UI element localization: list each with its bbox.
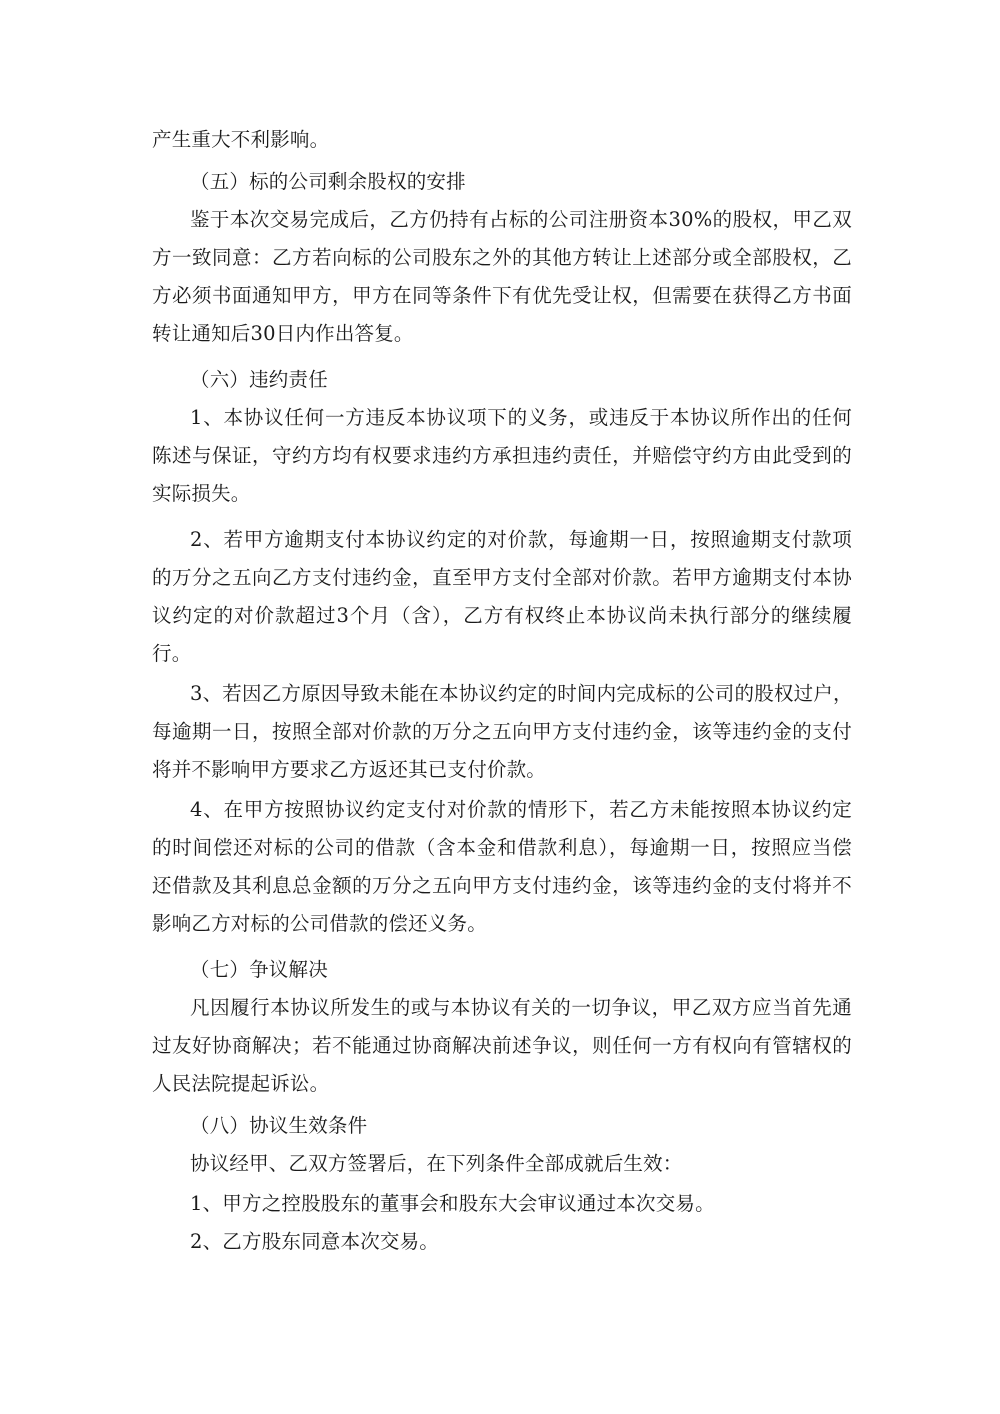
- text-line: 凡因履行本协议所发生的或与本协议有关的一切争议，甲乙双方应当首先通: [190, 996, 852, 1020]
- text-line: 实际损失。: [152, 482, 251, 506]
- text-line: 行。: [152, 642, 191, 666]
- text-line: （五）标的公司剩余股权的安排: [190, 170, 466, 194]
- text-line: 4、在甲方按照协议约定支付对价款的情形下，若乙方未能按照本协议约定: [190, 798, 852, 822]
- text-line: 的万分之五向乙方支付违约金，直至甲方支付全部对价款。若甲方逾期支付本协: [152, 566, 852, 590]
- text-line: （七）争议解决: [190, 958, 328, 982]
- text-line: 1、甲方之控股股东的董事会和股东大会审议通过本次交易。: [190, 1192, 715, 1216]
- text-line: 将并不影响甲方要求乙方返还其已支付价款。: [152, 758, 546, 782]
- text-line: 产生重大不利影响。: [152, 128, 329, 152]
- text-line: 转让通知后30日内作出答复。: [152, 322, 414, 346]
- text-line: 人民法院提起诉讼。: [152, 1072, 329, 1096]
- text-line: 2、若甲方逾期支付本协议约定的对价款，每逾期一日，按照逾期支付款项: [190, 528, 852, 552]
- text-line: 鉴于本次交易完成后，乙方仍持有占标的公司注册资本30%的股权，甲乙双: [190, 208, 852, 232]
- text-line: 3、若因乙方原因导致未能在本协议约定的时间内完成标的公司的股权过户，: [190, 682, 852, 706]
- text-line: 过友好协商解决；若不能通过协商解决前述争议，则任何一方有权向有管辖权的: [152, 1034, 852, 1058]
- text-line: 的时间偿还对标的公司的借款（含本金和借款利息），每逾期一日，按照应当偿: [152, 836, 852, 860]
- text-line: 影响乙方对标的公司借款的偿还义务。: [152, 912, 487, 936]
- text-line: 议约定的对价款超过3个月（含），乙方有权终止本协议尚未执行部分的继续履: [152, 604, 852, 628]
- text-line: 每逾期一日，按照全部对价款的万分之五向甲方支付违约金，该等违约金的支付: [152, 720, 852, 744]
- text-line: 1、本协议任何一方违反本协议项下的义务，或违反于本协议所作出的任何: [190, 406, 852, 430]
- text-line: （八）协议生效条件: [190, 1114, 367, 1138]
- text-line: 陈述与保证，守约方均有权要求违约方承担违约责任，并赔偿守约方由此受到的: [152, 444, 852, 468]
- text-line: （六）违约责任: [190, 368, 328, 392]
- text-line: 协议经甲、乙双方签署后，在下列条件全部成就后生效：: [190, 1152, 683, 1176]
- text-line: 方必须书面通知甲方，甲方在同等条件下有优先受让权，但需要在获得乙方书面: [152, 284, 852, 308]
- text-line: 方一致同意：乙方若向标的公司股东之外的其他方转让上述部分或全部股权，乙: [152, 246, 852, 270]
- text-line: 还借款及其利息总金额的万分之五向甲方支付违约金，该等违约金的支付将并不: [152, 874, 852, 898]
- text-line: 2、乙方股东同意本次交易。: [190, 1230, 439, 1254]
